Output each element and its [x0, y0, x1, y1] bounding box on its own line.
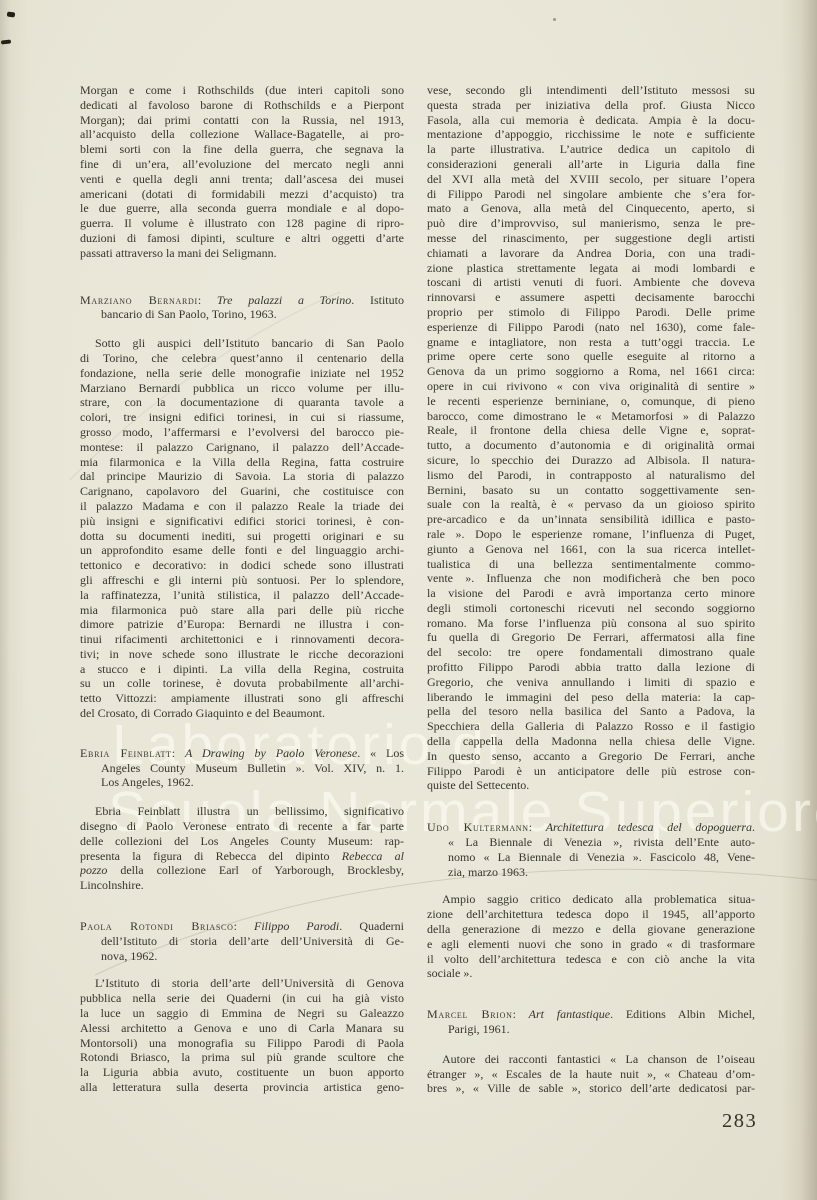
text-line: bres », « Ville de sable », storico dell…	[427, 1081, 755, 1096]
text-line: degli stimoli cortoneschi ricevuti nel s…	[427, 601, 755, 616]
text-line: guerra. Il volume è illustrato con 128 p…	[80, 216, 404, 231]
text-line: profitto Filippo Parodi abbia tratto dal…	[427, 660, 755, 675]
text-line: Genova da un primo soggiorno a Roma, nel…	[427, 364, 755, 379]
text-line: Bernini, basato su un contatto soggettiv…	[427, 483, 755, 498]
text-line: fondazione, nella serie delle monografie…	[80, 366, 404, 381]
text-line: la raffinatezza, l’unità stilistica, il …	[80, 588, 404, 603]
text-line: Ampio saggio critico dedicato alla probl…	[427, 892, 755, 907]
text-line: mato a Genova, alla metà del Cinquecento…	[427, 201, 755, 216]
text-line: di Filippo Parodi nel singolare ambiente…	[427, 187, 755, 202]
page-number: 283	[722, 1110, 762, 1133]
text-segment: :	[513, 1007, 529, 1021]
work-title: Filippo Parodi	[254, 919, 339, 933]
text-line: rale ». Dopo le esperienze romane, l’inf…	[427, 527, 755, 542]
text-line: Rotondi Briasco, la prima sul più grande…	[80, 1050, 404, 1065]
text-line: pre-arcadico e da un’innata sensibilità …	[427, 512, 755, 527]
text-line: tinui rifacimenti architettonici e i rin…	[80, 632, 404, 647]
text-segment: . Istituto	[351, 293, 404, 307]
author-name: Udo Kultermann	[427, 820, 529, 834]
text-line: Specchiera della Galleria di Palazzo Ros…	[427, 719, 755, 734]
text-line: venti e quella degli anni trenta; dall’a…	[80, 172, 404, 187]
text-line: considerazioni generali all’arte in Ligu…	[427, 157, 755, 172]
text-line: questa strada per iniziativa della prof.…	[427, 98, 755, 113]
text-line: a stucco e i dipinti. La villa della Reg…	[80, 662, 404, 677]
text-line: le recenti esperienze berniniane, o, com…	[427, 394, 755, 409]
text-line: un approfondito esame delle fonti e del …	[80, 543, 404, 558]
bibliography-entry: Ebria Feinblatt: A Drawing by Paolo Vero…	[80, 746, 404, 790]
text-line: grosso modo, l’affermarsi e l’evolversi …	[80, 425, 404, 440]
author-name: Ebria Feinblatt	[80, 746, 172, 760]
paragraph: Ebria Feinblatt illustra un bellissimo, …	[80, 804, 404, 893]
text-line: presenta la figura di Rebecca del dipint…	[80, 849, 404, 864]
text-line: « La Biennale di Venezia », rivista dell…	[427, 835, 755, 850]
work-title: Art fantastique	[529, 1007, 610, 1021]
paragraph: Autore dei racconti fantastici « La chan…	[427, 1052, 755, 1096]
text-segment: :	[198, 293, 217, 307]
text-line: del XVI alla metà del XVIII secolo, per …	[427, 172, 755, 187]
text-line: Reale, il frontone della chiesa delle Vi…	[427, 423, 755, 438]
text-line: Ebria Feinblatt: A Drawing by Paolo Vero…	[80, 746, 404, 761]
text-line: Alessi architetto a Genova e uno di Carl…	[80, 1021, 404, 1036]
text-line: del Crosato, di Corrado Giaquinto e del …	[80, 706, 404, 721]
text-line: Angeles County Museum Bulletin ». Vol. X…	[80, 761, 404, 776]
page: Laboratorio di Scuola Normale Superiore …	[0, 0, 817, 1200]
text-segment: :	[172, 746, 185, 760]
text-line: Sotto gli auspici dell’Istituto bancario…	[80, 336, 404, 351]
text-line: Marziano Bernardi pubblica un ricco volu…	[80, 381, 404, 396]
text-line: della cappella della Madonna nella chies…	[427, 734, 755, 749]
text-segment: . Quaderni	[339, 919, 404, 933]
text-line: tetto Vittozzi: ampiamente illustrati so…	[80, 691, 404, 706]
work-title: A Drawing by Paolo Veronese	[185, 746, 357, 760]
text-line: L’Istituto di storia dell’arte dell’Univ…	[80, 976, 404, 991]
text-line: messe del rinascimento, per suggestione …	[427, 231, 755, 246]
text-line: sicure, lo specchio dei Durazzo ad Albis…	[427, 453, 755, 468]
text-line: Morgan); dai primi contatti con la Russi…	[80, 113, 404, 128]
text-line: zia, marzo 1963.	[427, 865, 755, 880]
author-name: Marziano Bernardi	[80, 293, 198, 307]
work-title: Architettura tedesca del dopoguerra	[546, 820, 752, 834]
text-line: Marziano Bernardi: Tre palazzi a Torino.…	[80, 293, 404, 308]
text-line: opere in cui rivivono « con viva origina…	[427, 379, 755, 394]
text-line: vese, secondo gli intendimenti dell’Isti…	[427, 83, 755, 98]
text-line: Ebria Feinblatt illustra un bellissimo, …	[80, 804, 404, 819]
work-title: Tre palazzi a Torino	[217, 293, 351, 307]
text-line: il volto dell’architettura tedesca e con…	[427, 952, 755, 967]
text-line: Autore dei racconti fantastici « La chan…	[427, 1052, 755, 1067]
text-line: duzioni di famosi dipinti, sculture e al…	[80, 231, 404, 246]
text-line: liberando le immagini del peso della mat…	[427, 690, 755, 705]
text-line: la Liguria abbia avuto, costituente un b…	[80, 1065, 404, 1080]
text-line: tutto, a documento d’autonomia e di orig…	[427, 438, 755, 453]
text-line: Los Angeles, 1962.	[80, 775, 404, 790]
scanned-page: { "page": { "number": "283", "watermark"…	[0, 0, 817, 1200]
text-line: può dire d’improvviso, sul manierismo, s…	[427, 216, 755, 231]
text-line: tivi; in nove schede sono illustrate le …	[80, 647, 404, 662]
text-line: all’acquisto della collezione Wallace-Ba…	[80, 127, 404, 142]
author-name: Paola Rotondi Briasco	[80, 919, 234, 933]
text-line: Carignano, capolavoro del Guarini, che c…	[80, 484, 404, 499]
text-line: Lincolnshire.	[80, 878, 404, 893]
text-segment: .	[752, 820, 755, 834]
text-line: di Torino, che celebra quest’anno il cen…	[80, 351, 404, 366]
left-column: Morgan e come i Rothschilds (due interi …	[80, 83, 404, 1095]
right-column: vese, secondo gli intendimenti dell’Isti…	[427, 83, 755, 1096]
text-line: dal principe Maurizio di Savoia. La stor…	[80, 469, 404, 484]
text-line: étranger », « Escales de la haute nuit »…	[427, 1067, 755, 1082]
text-line: dotta su documenti inediti, sui progetti…	[80, 529, 404, 544]
text-segment: presenta la figura di Rebecca del dipint…	[80, 849, 342, 863]
text-line: più insigni e significativi edifici stor…	[80, 514, 404, 529]
text-line: gli affreschi e gli interni più sontuosi…	[80, 573, 404, 588]
text-line: le due guerre, alla seconda guerra mondi…	[80, 201, 404, 216]
text-line: mia filarmonica e la Villa della Regina,…	[80, 455, 404, 470]
text-line: chiamati a lavorare da Andrea Doria, con…	[427, 246, 755, 261]
text-line: colori, tre insigni edifici torinesi, in…	[80, 410, 404, 425]
text-line: la visione del Parodi e avrà importanza …	[427, 586, 755, 601]
text-line: fine di un’era, all’evoluzione del merca…	[80, 157, 404, 172]
text-line: dell’Istituto di storia dell’arte dell’U…	[80, 934, 404, 949]
scan-artifact-mark	[7, 11, 16, 17]
text-line: disegno di Paolo Veronese entrato di rec…	[80, 819, 404, 834]
text-line: Marcel Brion: Art fantastique. Editions …	[427, 1007, 755, 1022]
text-line: tualistica di una bellezza sentimentalme…	[427, 557, 755, 572]
text-line: Parigi, 1961.	[427, 1022, 755, 1037]
text-line: pozzo della collezione Earl of Yarboroug…	[80, 863, 404, 878]
text-line: Gregorio, che veniva annullando i limiti…	[427, 675, 755, 690]
text-line: su un colle torinese, è dovuta probabilm…	[80, 676, 404, 691]
bibliography-entry: Paola Rotondi Briasco: Filippo Parodi. Q…	[80, 919, 404, 963]
text-line: della generazione di mezzo e della giova…	[427, 922, 755, 937]
paragraph: L’Istituto di storia dell’arte dell’Univ…	[80, 976, 404, 1094]
text-line: blemi sorti con la fine della guerra, ch…	[80, 142, 404, 157]
text-line: mentazione d’appoggio, ricchissime le no…	[427, 127, 755, 142]
text-line: zione plastica strettamente legata ai mo…	[427, 261, 755, 276]
text-line: Filippo Parodi è un anticipatore delle p…	[427, 764, 755, 779]
text-line: esperienze di Filippo Parodi (nato nel 1…	[427, 320, 755, 335]
text-segment: :	[234, 919, 254, 933]
text-line: zione dell’architettura tedesca dopo il …	[427, 907, 755, 922]
text-line: sociale ».	[427, 966, 755, 981]
text-line: nova, 1962.	[80, 949, 404, 964]
text-line: strare, con la documentazione di quarant…	[80, 395, 404, 410]
text-line: Fasola, alla cui memoria è dedicata. Amp…	[427, 113, 755, 128]
text-line: montese: il palazzo Carignano, il palazz…	[80, 440, 404, 455]
text-line: vente ». Influenza che non modificherà c…	[427, 571, 755, 586]
paragraph: Morgan e come i Rothschilds (due interi …	[80, 83, 404, 261]
text-line: toscani di artisti venuti di fuori. Ambi…	[427, 275, 755, 290]
text-line: alla letteratura sulla deserta provincia…	[80, 1080, 404, 1095]
scan-artifact-mark	[1, 39, 11, 44]
text-line: dedicati al favoloso barone di Rothschil…	[80, 98, 404, 113]
text-line: prime opere certe sono quelle eseguite a…	[427, 349, 755, 364]
scan-artifact-dot	[553, 18, 556, 21]
text-line: fu quella di Gregorio De Ferrari, afferm…	[427, 630, 755, 645]
paragraph: Ampio saggio critico dedicato alla probl…	[427, 892, 755, 981]
text-line: la luce un saggio di Emmina de Negri su …	[80, 1006, 404, 1021]
text-segment: . Editions Albin Michel,	[610, 1007, 755, 1021]
work-title: pozzo	[80, 863, 107, 877]
text-line: proprio per stimolo di Filippo Parodi. D…	[427, 305, 755, 320]
text-line: rinnovarsi e assumere aspetti decisament…	[427, 290, 755, 305]
text-line: nomo « La Biennale di Venezia ». Fascico…	[427, 850, 755, 865]
bibliography-entry: Marcel Brion: Art fantastique. Editions …	[427, 1007, 755, 1037]
text-line: pella del tesoro nella basilica del Sant…	[427, 704, 755, 719]
text-line: e agli elementi nuovi che sono in grado …	[427, 937, 755, 952]
bibliography-entry: Udo Kultermann: Architettura tedesca del…	[427, 820, 755, 879]
text-line: Udo Kultermann: Architettura tedesca del…	[427, 820, 755, 835]
text-line: giunto a Genova nel 1661, con la sua ric…	[427, 542, 755, 557]
text-line: del secolo: tre opere fondamentali dimos…	[427, 645, 755, 660]
text-line: delle collezioni del Los Angeles County …	[80, 834, 404, 849]
text-line: passati attraverso la mani dei Seligmann…	[80, 246, 404, 261]
text-line: mia filarmonica può stare alla pari dell…	[80, 603, 404, 618]
text-line: Montorsoli) una monografia su Filippo Pa…	[80, 1036, 404, 1051]
text-line: quiste del Settecento.	[427, 778, 755, 793]
text-line: gname e intagliatore, non resta a tutt’o…	[427, 335, 755, 350]
text-line: romano. Ma forse l’influenza più consona…	[427, 616, 755, 631]
text-line: In questo senso, accanto a Gregorio De F…	[427, 749, 755, 764]
text-line: Paola Rotondi Briasco: Filippo Parodi. Q…	[80, 919, 404, 934]
author-name: Marcel Brion	[427, 1007, 513, 1021]
text-line: lismo del Parodi, in contrapposto al nat…	[427, 468, 755, 483]
work-title: Rebecca al	[342, 849, 404, 863]
text-line: tettonico e decorativo: in dodici schede…	[80, 558, 404, 573]
bibliography-entry: Marziano Bernardi: Tre palazzi a Torino.…	[80, 293, 404, 323]
text-line: suale con la realtà, è « pervaso da un g…	[427, 497, 755, 512]
text-line: Morgan e come i Rothschilds (due interi …	[80, 83, 404, 98]
text-line: bancario di San Paolo, Torino, 1963.	[80, 307, 404, 322]
text-line: americani (dotati di formidabili mezzi d…	[80, 187, 404, 202]
text-segment: della collezione Earl of Yarborough, Bro…	[107, 863, 404, 877]
text-line: dimore patrizie d’Europa: Bernardi ne il…	[80, 617, 404, 632]
text-segment: :	[529, 820, 546, 834]
text-segment: . « Los	[357, 746, 404, 760]
paragraph: vese, secondo gli intendimenti dell’Isti…	[427, 83, 755, 793]
text-line: pubblica nella serie dei Quaderni (in cu…	[80, 991, 404, 1006]
text-line: la parte illustrativa. L’autrice dedica …	[427, 142, 755, 157]
paragraph: Sotto gli auspici dell’Istituto bancario…	[80, 336, 404, 721]
text-line: il palazzo Madama e con il palazzo Reale…	[80, 499, 404, 514]
text-line: barocco, come dimostrano le « Metamorfos…	[427, 409, 755, 424]
